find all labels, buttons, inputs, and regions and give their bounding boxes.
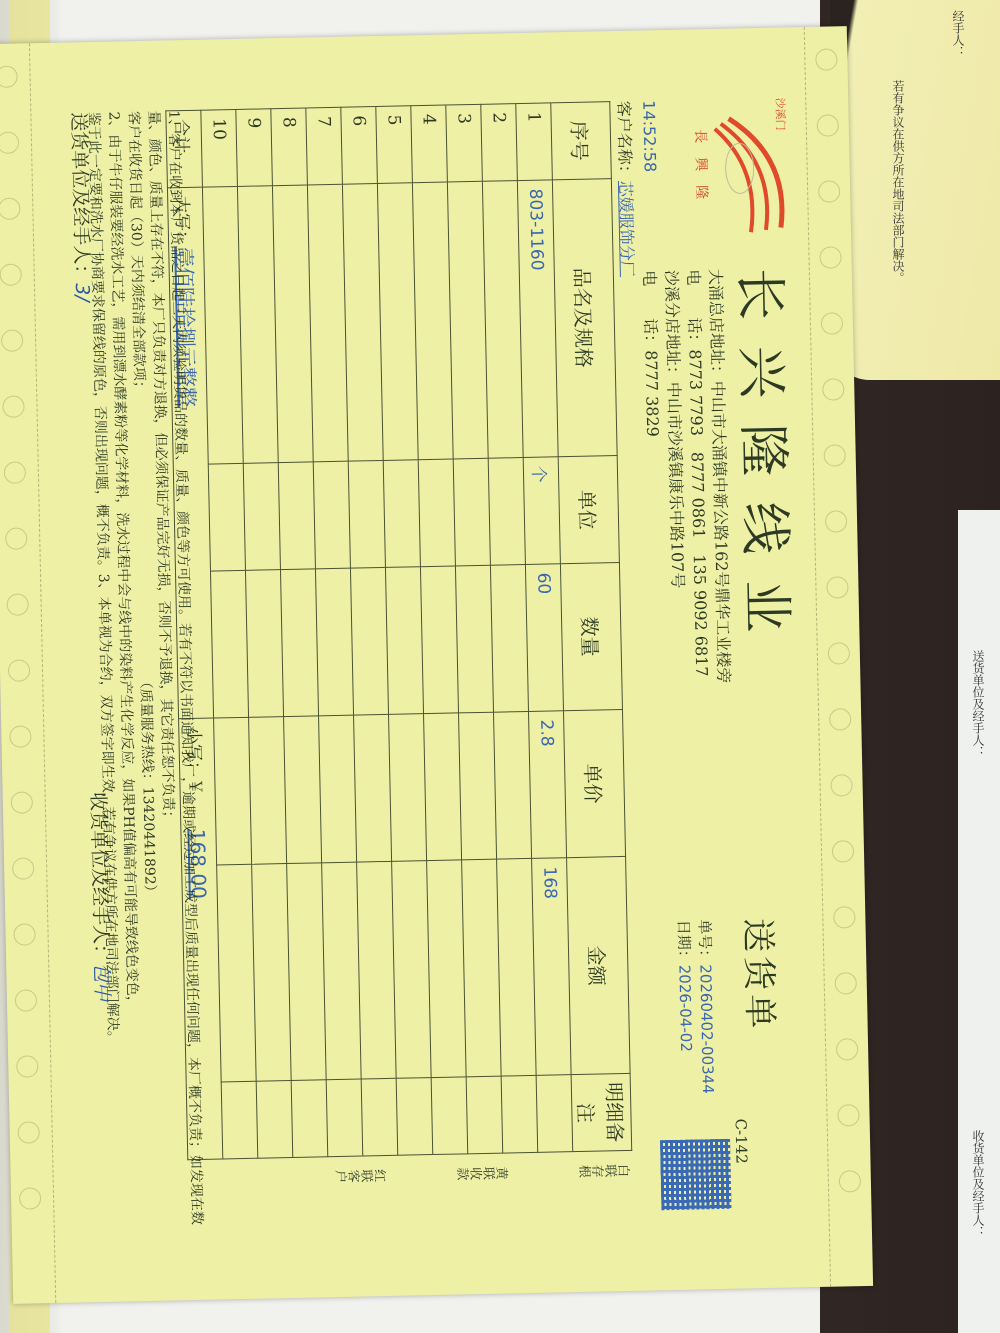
- customer-label: 客户名称：: [614, 101, 635, 181]
- receiver-signature: 包中: [90, 963, 113, 1001]
- receiver-sign-label: 收货单位及经手人：: [87, 792, 113, 963]
- company-name: 长兴隆线业: [727, 267, 810, 659]
- items-table: 序号 品名及规格 单位 数量 单价 金额 明细备注 1803-1160个602.…: [165, 101, 632, 1160]
- col-header-amount: 金额: [567, 856, 631, 1074]
- form-header: 沙溪门 長興隆 长兴隆线业 送货单 大涌总店地址：中山市大涌镇中新公路162号鼎…: [648, 97, 821, 1220]
- date-value: 2026-04-02: [675, 965, 695, 1053]
- doc-number-label: 单号：: [695, 919, 714, 964]
- document-number-block: 单号：20260402-00344 日期：2026-04-02: [673, 919, 719, 1094]
- stack-text: 送货单位及经手人：: [970, 650, 987, 758]
- sender-signature: 3/: [71, 283, 93, 302]
- copy-labels: 白联存根 黄联收款 红联客户: [264, 1159, 631, 1197]
- col-header-item: 品名及规格: [552, 179, 617, 457]
- company-logo: 沙溪门 長興隆: [678, 97, 791, 239]
- doc-number: 20260402-00344: [696, 964, 717, 1094]
- qr-code-icon: [660, 1139, 731, 1210]
- stack-text: 若有争议在供方所在地司法部门解决。: [890, 80, 907, 284]
- stack-text: 经手人：: [950, 10, 967, 58]
- paper-stack-bottom-right: 送货单位及经手人： 收货单位及经手人：: [958, 510, 1000, 1333]
- logo-branch-tag: 沙溪门: [772, 97, 789, 130]
- col-header-note: 明细备注: [571, 1073, 632, 1151]
- serial-code: C-142: [732, 1118, 751, 1164]
- sender-sign-label: 送货单位及经手人：: [67, 112, 93, 283]
- print-time: 14:52:58: [639, 100, 660, 172]
- document-type-title: 送货单: [736, 918, 787, 1033]
- copy-label-white: 白联存根: [578, 1159, 630, 1179]
- paper-stack-top-right: 经手人： 若有争议在供方所在地司法部门解决。: [830, 0, 1000, 380]
- col-header-no: 序号: [551, 102, 612, 180]
- customer-name: 芯媛服饰分厂: [616, 181, 637, 277]
- copy-label-red: 红联客户: [334, 1164, 386, 1184]
- col-header-price: 单价: [563, 709, 625, 857]
- address-block: 大涌总店地址：中山市大涌镇中新公路162号鼎华工业楼旁 电 话：8773 779…: [638, 269, 735, 685]
- date-label: 日期：: [674, 920, 693, 965]
- copy-label-yellow: 黄联收款: [456, 1161, 508, 1181]
- stack-text: 收货单位及经手人：: [970, 1130, 987, 1238]
- delivery-note: 沙溪门 長興隆 长兴隆线业 送货单 大涌总店地址：中山市大涌镇中新公路162号鼎…: [0, 26, 873, 1304]
- col-header-qty: 数量: [560, 563, 622, 711]
- col-header-unit: 单位: [558, 456, 619, 564]
- logo-brand-name: 長興隆: [691, 129, 713, 213]
